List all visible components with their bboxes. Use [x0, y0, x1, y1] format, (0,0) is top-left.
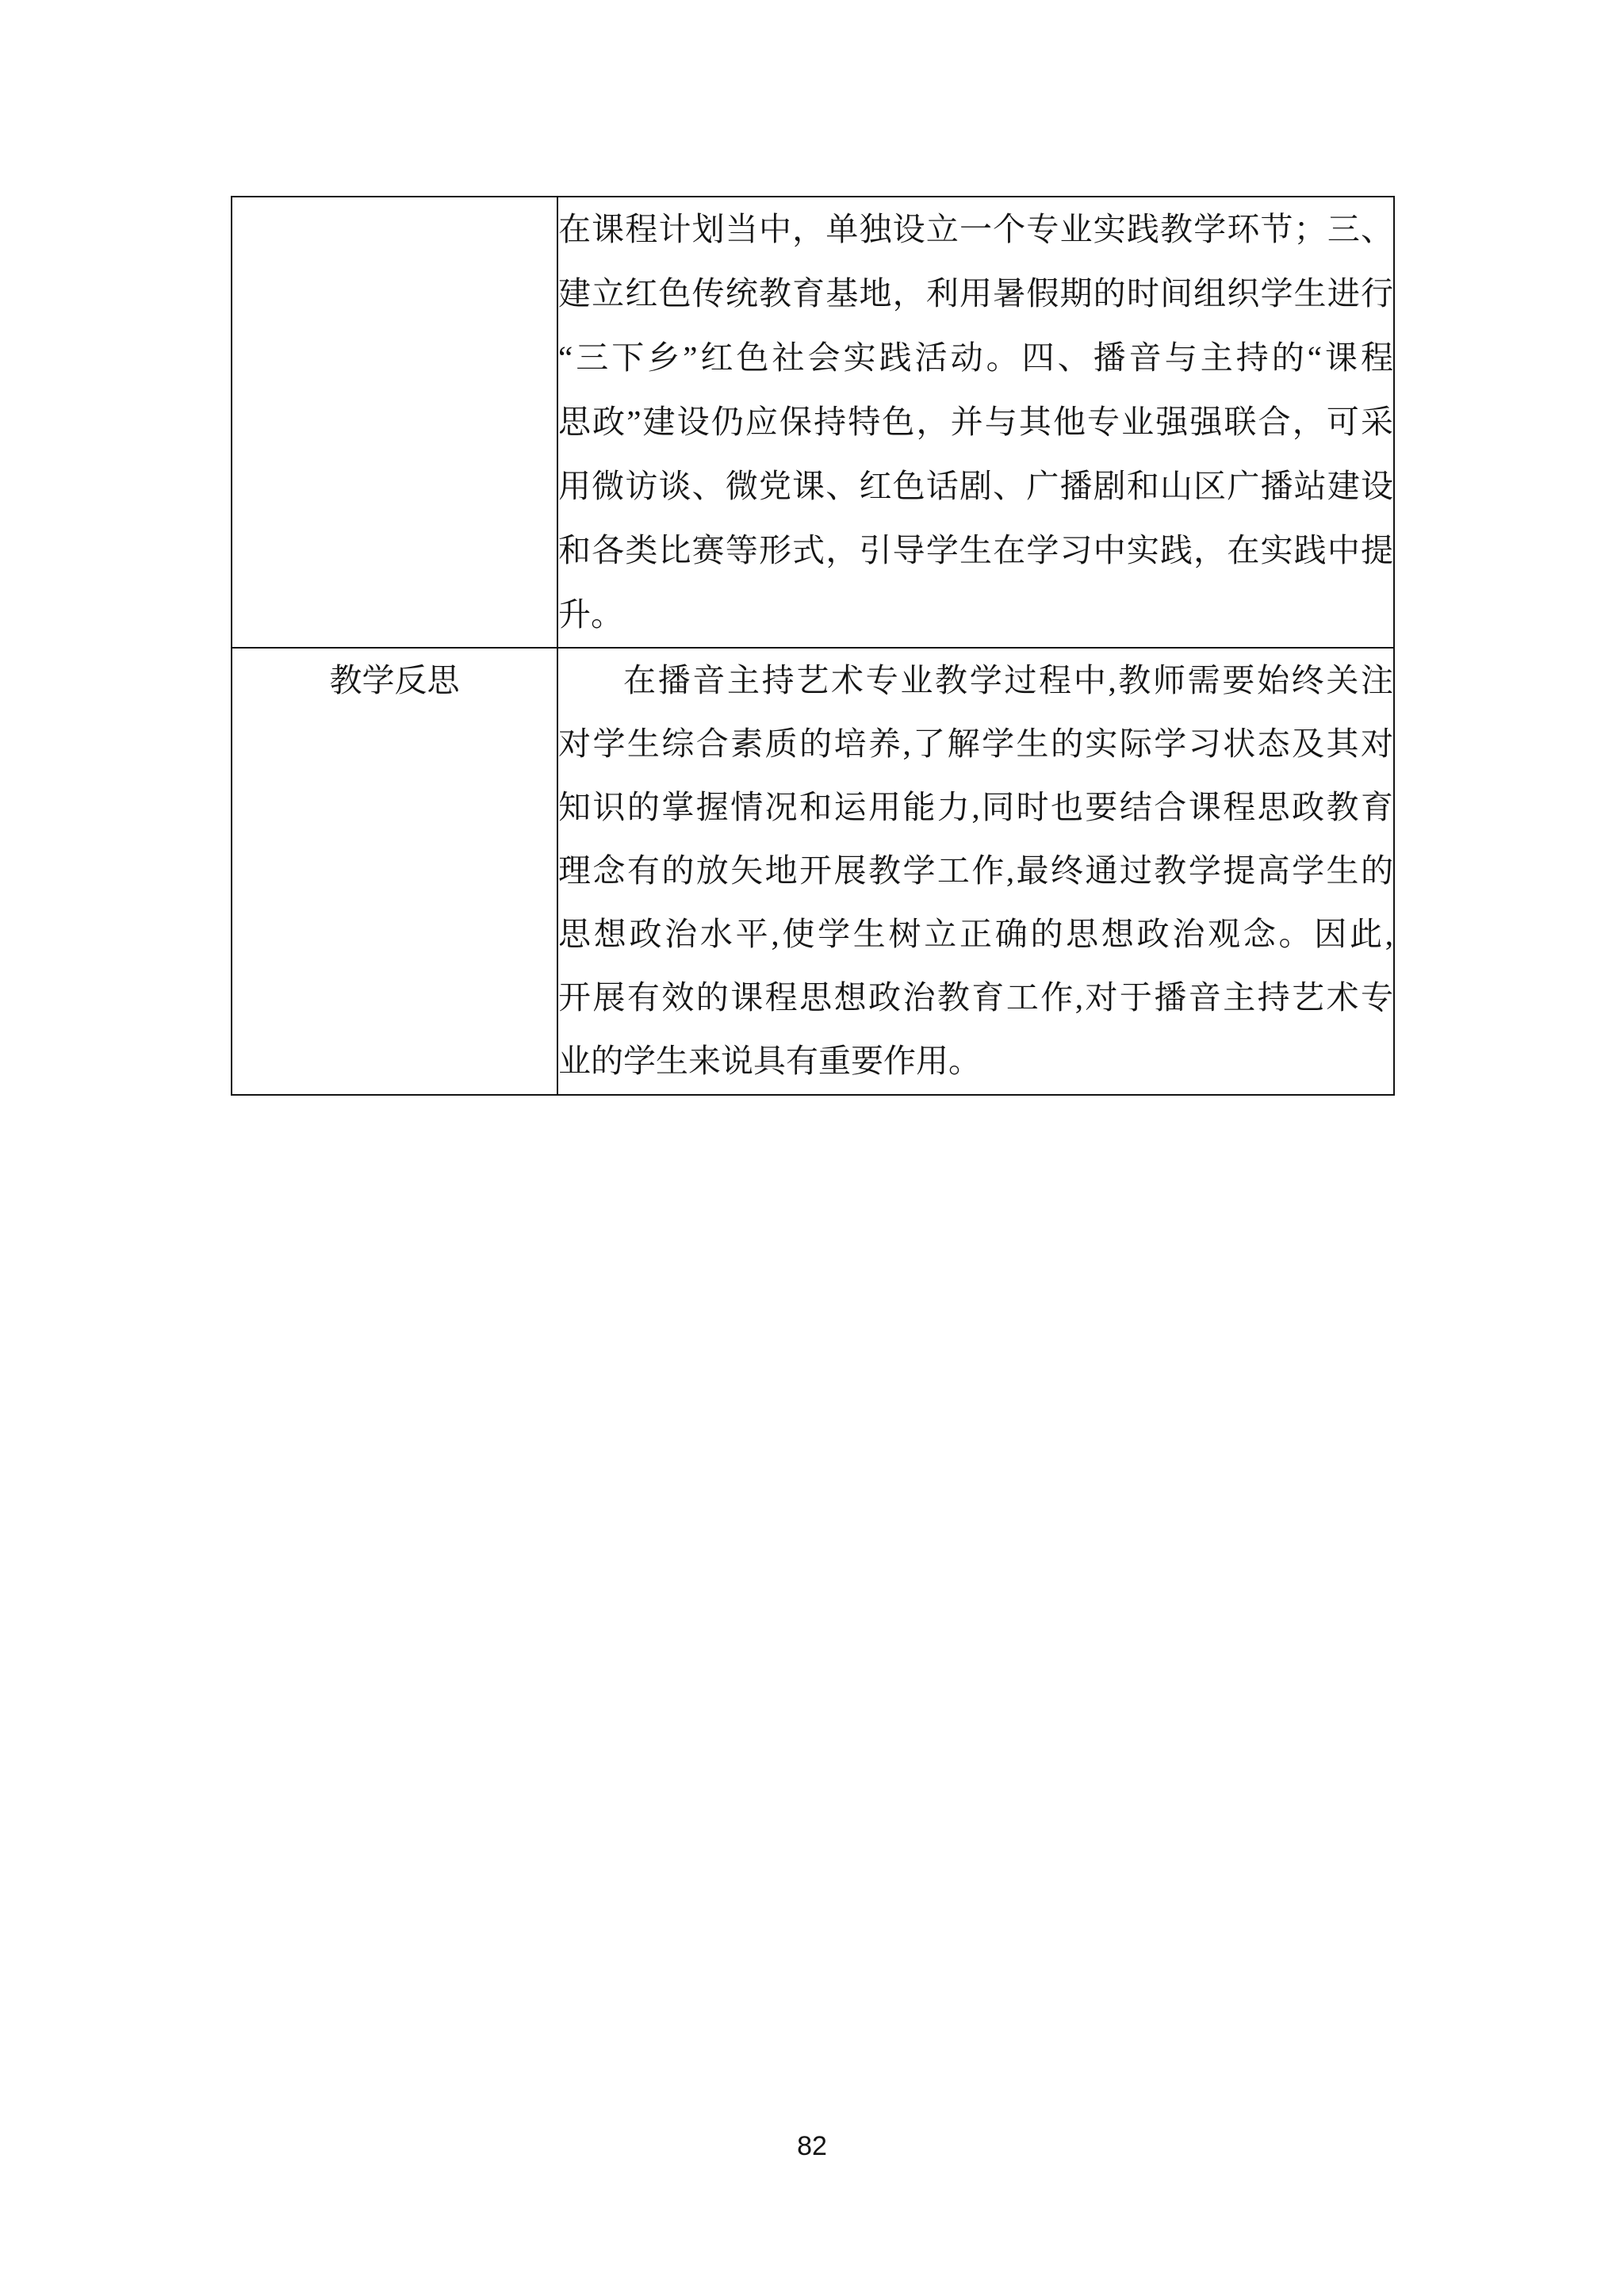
text-line: 开展有效的课程思想政治教育工作,对于播音主持艺术专 [558, 966, 1393, 1029]
page-number: 82 [0, 2131, 1624, 2162]
row2-label-teaching-reflection: 教学反思 [330, 662, 460, 698]
text-line: 思想政治水平,使学生树立正确的思想政治观念。因此, [558, 902, 1393, 966]
text-line: 在课程计划当中，单独设立一个专业实践教学环节；三、 [558, 197, 1393, 262]
document-page: 在课程计划当中，单独设立一个专业实践教学环节；三、 建立红色传统教育基地，利用暑… [0, 0, 1624, 2296]
text-line: 理念有的放矢地开展教学工作,最终通过教学提高学生的 [558, 839, 1393, 902]
text-line: 和各类比赛等形式，引导学生在学习中实践，在实践中提 [558, 519, 1393, 583]
text-line: 建立红色传统教育基地，利用暑假期的时间组织学生进行 [558, 262, 1393, 326]
row2-content-cell: 在播音主持艺术专业教学过程中,教师需要始终关注 对学生综合素质的培养,了解学生的… [557, 648, 1394, 1095]
text-line: 在播音主持艺术专业教学过程中,教师需要始终关注 [558, 649, 1393, 712]
text-line: “三下乡”红色社会实践活动。四、播音与主持的“课程 [558, 326, 1393, 390]
text-line: 知识的掌握情况和运用能力,同时也要结合课程思政教育 [558, 775, 1393, 839]
text-line: 业的学生来说具有重要作用。 [558, 1029, 1393, 1093]
row2-label-cell: 教学反思 [232, 648, 557, 1095]
lesson-plan-table: 在课程计划当中，单独设立一个专业实践教学环节；三、 建立红色传统教育基地，利用暑… [231, 196, 1395, 1096]
text-line: 对学生综合素质的培养,了解学生的实际学习状态及其对 [558, 712, 1393, 775]
table-row-course-plan-continuation: 在课程计划当中，单独设立一个专业实践教学环节；三、 建立红色传统教育基地，利用暑… [232, 197, 1394, 648]
row1-label-cell-empty [232, 197, 557, 648]
text-line: 升。 [558, 583, 1393, 647]
text-line: 思政”建设仍应保持特色，并与其他专业强强联合，可采 [558, 390, 1393, 454]
row1-content-cell: 在课程计划当中，单独设立一个专业实践教学环节；三、 建立红色传统教育基地，利用暑… [557, 197, 1394, 648]
table-row-teaching-reflection: 教学反思 在播音主持艺术专业教学过程中,教师需要始终关注 对学生综合素质的培养,… [232, 648, 1394, 1095]
text-line: 用微访谈、微党课、红色话剧、广播剧和山区广播站建设 [558, 454, 1393, 519]
